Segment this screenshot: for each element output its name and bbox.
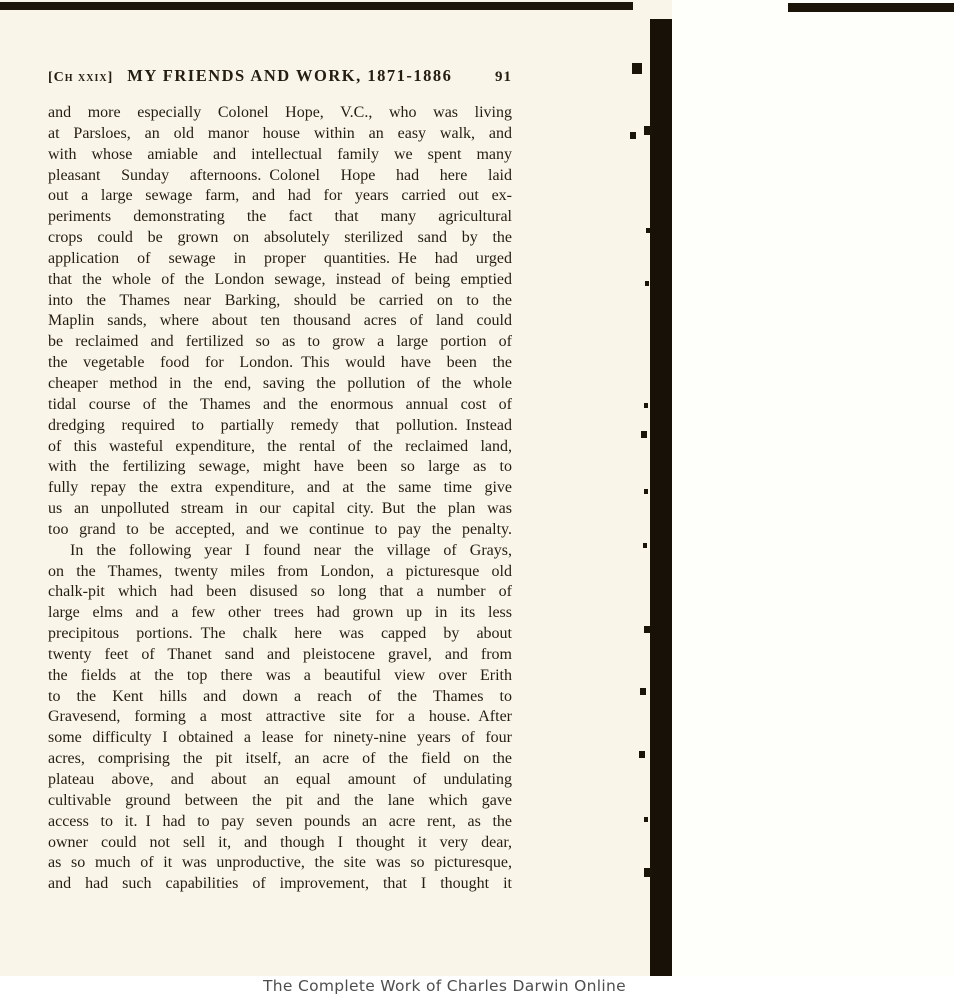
paragraph: and more especially Colonel Hope, V.C., … — [48, 103, 512, 541]
book-page-text: [Ch xxix] MY FRIENDS AND WORK, 1871-1886… — [48, 66, 512, 895]
text-line: too grand to be accepted, and we continu… — [48, 520, 512, 541]
text-line: access to it. I had to pay seven pounds … — [48, 812, 512, 833]
text-line: twenty feet of Thanet sand and pleistoce… — [48, 645, 512, 666]
text-line: Gravesend, forming a most attractive sit… — [48, 707, 512, 728]
text-line: the vegetable food for London. This woul… — [48, 353, 512, 374]
scan-edge-bar-top-right — [788, 3, 954, 12]
scanned-book-page: [Ch xxix] MY FRIENDS AND WORK, 1871-1886… — [0, 0, 954, 998]
text-line: be reclaimed and fertilized so as to gro… — [48, 332, 512, 353]
text-line: periments demonstrating the fact that ma… — [48, 207, 512, 228]
page-gutter-bar — [650, 19, 672, 976]
text-line: of this wasteful expenditure, the rental… — [48, 437, 512, 458]
text-line: plateau above, and about an equal amount… — [48, 770, 512, 791]
text-line: us an unpolluted stream in our capital c… — [48, 499, 512, 520]
text-line: pleasant Sunday afternoons. Colonel Hope… — [48, 166, 512, 187]
text-line: with the fertilizing sewage, might have … — [48, 457, 512, 478]
text-line: some difficulty I obtained a lease for n… — [48, 728, 512, 749]
page-title: MY FRIENDS AND WORK, 1871-1886 — [127, 66, 452, 86]
text-line: dredging required to partially remedy th… — [48, 416, 512, 437]
text-line: to the Kent hills and down a reach of th… — [48, 687, 512, 708]
chapter-label: [Ch xxix] — [48, 70, 113, 86]
text-line: chalk-pit which had been disused so long… — [48, 582, 512, 603]
text-line: the fields at the top there was a beauti… — [48, 666, 512, 687]
text-line: owner could not sell it, and though I th… — [48, 833, 512, 854]
text-line: into the Thames near Barking, should be … — [48, 291, 512, 312]
text-line: large elms and a few other trees had gro… — [48, 603, 512, 624]
text-line: and had such capabilities of improvement… — [48, 874, 512, 895]
text-line: crops could be grown on absolutely steri… — [48, 228, 512, 249]
text-line: In the following year I found near the v… — [48, 541, 512, 562]
text-line: with whose amiable and intellectual fami… — [48, 145, 512, 166]
text-line: as so much of it was unproductive, the s… — [48, 853, 512, 874]
text-line: cultivable ground between the pit and th… — [48, 791, 512, 812]
scan-edge-bar-top-left — [0, 2, 633, 10]
text-line: application of sewage in proper quantiti… — [48, 249, 512, 270]
text-line: at Parsloes, an old manor house within a… — [48, 124, 512, 145]
text-line: precipitous portions. The chalk here was… — [48, 624, 512, 645]
text-line: and more especially Colonel Hope, V.C., … — [48, 103, 512, 124]
text-line: on the Thames, twenty miles from London,… — [48, 562, 512, 583]
text-line: Maplin sands, where about ten thousand a… — [48, 311, 512, 332]
text-line: cheaper method in the end, saving the po… — [48, 374, 512, 395]
scan-artifacts — [0, 0, 4, 5]
running-header: [Ch xxix] MY FRIENDS AND WORK, 1871-1886… — [48, 66, 512, 88]
text-line: fully repay the extra expenditure, and a… — [48, 478, 512, 499]
text-line: that the whole of the London sewage, ins… — [48, 270, 512, 291]
text-line: acres, comprising the pit itself, an acr… — [48, 749, 512, 770]
paragraph: In the following year I found near the v… — [48, 541, 512, 895]
text-line: tidal course of the Thames and the enorm… — [48, 395, 512, 416]
page-number: 91 — [495, 69, 512, 86]
site-caption: The Complete Work of Charles Darwin Onli… — [263, 977, 626, 995]
text-line: out a large sewage farm, and had for yea… — [48, 186, 512, 207]
scanner-background-right — [672, 0, 954, 998]
body-text: and more especially Colonel Hope, V.C., … — [48, 103, 512, 895]
